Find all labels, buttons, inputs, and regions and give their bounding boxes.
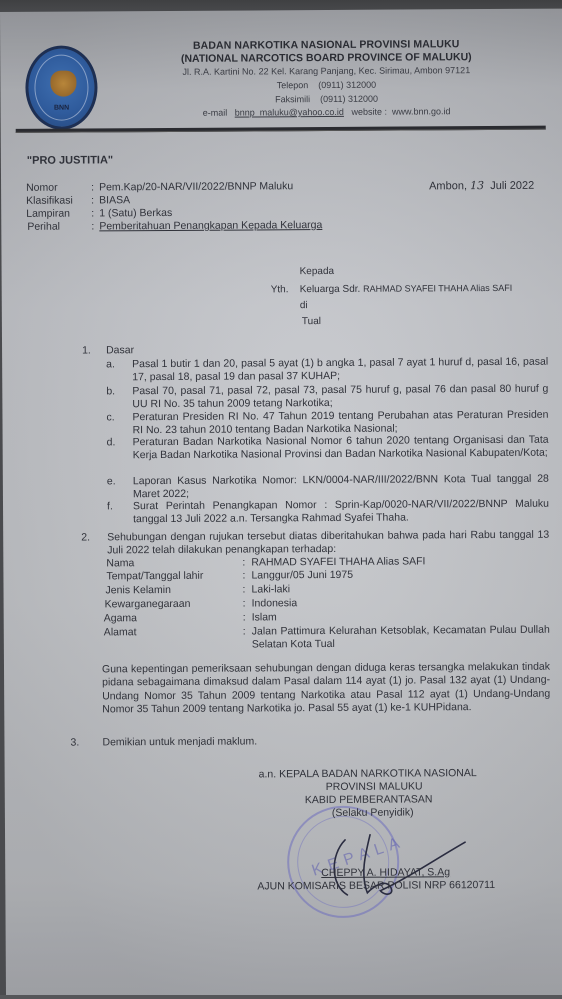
section-number: 3. <box>70 737 79 749</box>
arrest-reason-paragraph: Guna kepentingan pemeriksaan sehubungan … <box>102 661 550 717</box>
legal-basis-item: Pasal 1 butir 1 dan 20, pasal 5 ayat (1)… <box>132 356 548 385</box>
suspect-label: Tempat/Tanggal lahir <box>106 570 203 583</box>
meta-value-lampiran: 1 (Satu) Berkas <box>99 207 172 219</box>
place-date: Ambon, 13 Juli 2022 <box>429 179 534 193</box>
suspect-colon: : <box>242 584 245 596</box>
phone-value: (0911) 312000 <box>318 80 376 90</box>
fax-label: Faksimili <box>275 94 310 104</box>
org-phone: Telepon (0911) 312000 <box>45 78 562 91</box>
meta-label-lampiran: Lampiran <box>26 208 70 220</box>
suspect-value: Langgur/05 Juni 1975 <box>251 569 353 582</box>
item-letter: c. <box>106 411 114 423</box>
recipient-place: Tual <box>302 316 321 327</box>
suspect-label: Kewarganegaraan <box>105 598 191 611</box>
section-number: 2. <box>81 531 90 543</box>
org-contact: e-mail bnnp_maluku@yahoo.co.id website :… <box>46 105 562 118</box>
legal-basis-item: Pasal 70, pasal 71, pasal 72, pasal 73, … <box>132 383 548 412</box>
meta-colon: : <box>91 220 94 232</box>
suspect-colon: : <box>243 598 246 610</box>
signatory-name: CHEPPY A. HIDAYAT, S.Ag <box>321 866 450 879</box>
date-day-handwritten: 13 <box>470 179 484 192</box>
suspect-colon: : <box>243 626 246 638</box>
item-letter: d. <box>107 436 116 448</box>
website-label: website : <box>351 107 387 117</box>
item-letter: f. <box>107 500 113 512</box>
recipient-di: di <box>300 300 308 311</box>
meta-colon: : <box>91 207 94 219</box>
item-letter: e. <box>107 475 116 487</box>
meta-colon: : <box>91 194 94 206</box>
suspect-label: Agama <box>104 612 137 624</box>
suspect-value: Laki-laki <box>251 583 290 595</box>
date-month-year: Juli 2022 <box>490 180 534 192</box>
section-number: 1. <box>82 344 91 356</box>
recipient-kepada: Kepada <box>300 266 335 277</box>
meta-value-klasifikasi: BIASA <box>99 194 130 206</box>
fax-value: (0911) 312000 <box>320 94 378 104</box>
suspect-colon: : <box>243 612 246 624</box>
letterhead-divider <box>16 126 546 133</box>
suspect-value: Islam <box>252 611 277 623</box>
item-letter: b. <box>106 385 115 397</box>
meta-label-nomor: Nomor <box>26 182 58 194</box>
recipient-name-line: Keluarga Sdr. RAHMAD SYAFEI THAHA Alias … <box>300 283 513 295</box>
suspect-colon: : <box>242 557 245 569</box>
recipient-yth: Yth. <box>271 284 289 295</box>
website-link[interactable]: www.bnn.go.id <box>392 106 451 116</box>
suspect-label: Nama <box>106 557 134 569</box>
signature-line-2: PROVINSI MALUKU <box>326 780 423 793</box>
meta-label-perihal: Perihal <box>27 221 60 233</box>
signature-line-4: (Selaku Penyidik) <box>332 806 414 818</box>
signatory-rank: AJUN KOMISARIS BESAR POLISI NRP 66120711 <box>257 879 495 892</box>
meta-label-klasifikasi: Klasifikasi <box>26 195 73 207</box>
signature-line-3: KABID PEMBERANTASAN <box>305 793 433 806</box>
closing-text: Demikian untuk menjadi maklum. <box>102 735 257 748</box>
section-title: Dasar <box>106 344 134 356</box>
email-label: e-mail <box>203 108 228 118</box>
item-letter: a. <box>106 358 115 370</box>
suspect-colon: : <box>242 570 245 582</box>
suspect-value: RAHMAD SYAFEI THAHA Alias SAFI <box>251 555 425 568</box>
place: Ambon, <box>429 180 467 192</box>
signature-line-1: a.n. KEPALA BADAN NARKOTIKA NASIONAL <box>259 767 477 780</box>
phone-label: Telepon <box>277 80 309 90</box>
meta-colon: : <box>91 181 94 193</box>
meta-value-perihal: Pemberitahuan Penangkapan Kepada Keluarg… <box>99 219 322 232</box>
photo-bottom-edge <box>0 995 562 999</box>
email-link[interactable]: bnnp_maluku@yahoo.co.id <box>235 107 344 118</box>
suspect-label: Alamat <box>104 626 137 638</box>
meta-value-nomor: Pem.Kap/20-NAR/VII/2022/BNNP Maluku <box>99 180 293 193</box>
org-name-en: (NATIONAL NARCOTICS BOARD PROVINCE OF MA… <box>45 50 562 65</box>
suspect-value: Indonesia <box>252 597 298 609</box>
suspect-label: Jenis Kelamin <box>105 584 170 596</box>
recipient-prefix: Keluarga Sdr. <box>300 284 361 295</box>
org-fax: Faksimili (0911) 312000 <box>46 92 562 105</box>
legal-basis-item: Surat Perintah Penangkapan Nomor : Sprin… <box>133 498 549 527</box>
org-address: Jl. R.A. Kartini No. 22 Kel. Karang Panj… <box>45 64 562 77</box>
recipient-name: RAHMAD SYAFEI THAHA Alias SAFI <box>363 283 512 294</box>
handwritten-signature-icon <box>325 824 475 905</box>
arrest-intro: Sehubungan dengan rujukan tersebut diata… <box>107 529 549 558</box>
suspect-value: Jalan Pattimura Kelurahan Ketsoblak, Kec… <box>252 624 550 652</box>
legal-basis-item: Peraturan Badan Narkotika Nasional Nomor… <box>133 434 549 463</box>
letter-page: BNN BADAN NARKOTIKA NASIONAL PROVINSI MA… <box>0 9 562 999</box>
pro-justitia-banner: "PRO JUSTITIA" <box>27 154 113 167</box>
